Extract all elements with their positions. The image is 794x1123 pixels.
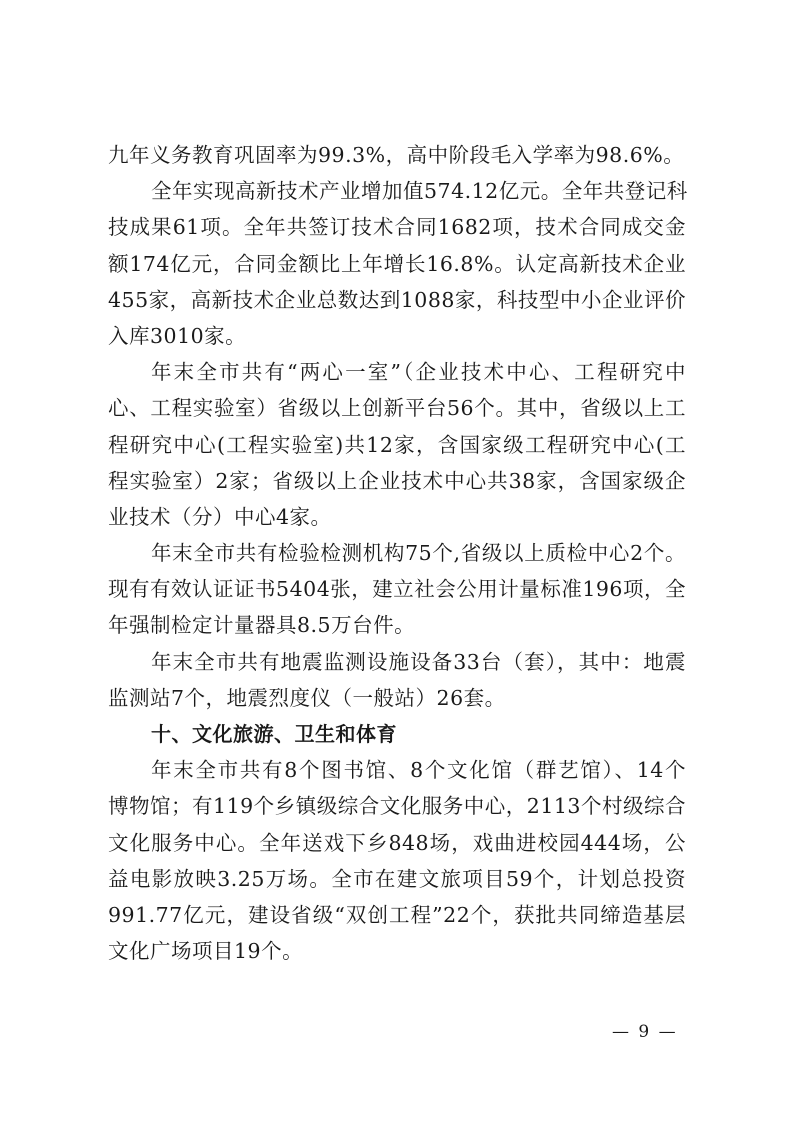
paragraph-line: 455家，高新技术企业总数达到1088家，科技型中小企业评价 — [108, 282, 686, 318]
paragraph-line: 技成果61项。全年共签订技术合同1682项，技术合同成交金 — [108, 209, 686, 245]
paragraph-line: 年末全市共有“两心一室”（企业技术中心、工程研究中 — [108, 354, 686, 390]
paragraph-line: 九年义务教育巩固率为99.3%，高中阶段毛入学率为98.6%。 — [108, 137, 686, 173]
page-number: — 9 — — [612, 1022, 678, 1042]
paragraph-line: 991.77亿元，建设省级“双创工程”22个，获批共同缔造基层 — [108, 897, 686, 933]
paragraph-line: 业技术（分）中心4家。 — [108, 499, 686, 535]
paragraph-line: 心、工程实验室）省级以上创新平台56个。其中，省级以上工 — [108, 390, 686, 426]
paragraph-line: 博物馆；有119个乡镇级综合文化服务中心，2113个村级综合 — [108, 788, 686, 824]
paragraph-line: 程研究中心(工程实验室)共12家，含国家级工程研究中心(工 — [108, 427, 686, 463]
paragraph-line: 程实验室）2家；省级以上企业技术中心共38家，含国家级企 — [108, 463, 686, 499]
paragraph-line: 入库3010家。 — [108, 318, 686, 354]
section-heading: 十、文化旅游、卫生和体育 — [108, 716, 686, 752]
paragraph-line: 年强制检定计量器具8.5万台件。 — [108, 607, 686, 643]
paragraph-line: 文化服务中心。全年送戏下乡848场，戏曲进校园444场，公 — [108, 825, 686, 861]
paragraph-line: 额174亿元，合同金额比上年增长16.8%。认定高新技术企业 — [108, 246, 686, 282]
document-body: 九年义务教育巩固率为99.3%，高中阶段毛入学率为98.6%。 全年实现高新技术… — [108, 137, 686, 969]
document-page: 九年义务教育巩固率为99.3%，高中阶段毛入学率为98.6%。 全年实现高新技术… — [0, 0, 794, 1123]
paragraph-line: 年末全市共有地震监测设施设备33台（套），其中：地震 — [108, 644, 686, 680]
paragraph-line: 年末全市共有检验检测机构75个,省级以上质检中心2个。 — [108, 535, 686, 571]
paragraph-line: 年末全市共有8个图书馆、8个文化馆（群艺馆）、14个 — [108, 752, 686, 788]
paragraph-line: 全年实现高新技术产业增加值574.12亿元。全年共登记科 — [108, 173, 686, 209]
paragraph-line: 文化广场项目19个。 — [108, 933, 686, 969]
paragraph-line: 益电影放映3.25万场。全市在建文旅项目59个，计划总投资 — [108, 861, 686, 897]
paragraph-line: 现有有效认证证书5404张，建立社会公用计量标准196项，全 — [108, 571, 686, 607]
paragraph-line: 监测站7个，地震烈度仪（一般站）26套。 — [108, 680, 686, 716]
